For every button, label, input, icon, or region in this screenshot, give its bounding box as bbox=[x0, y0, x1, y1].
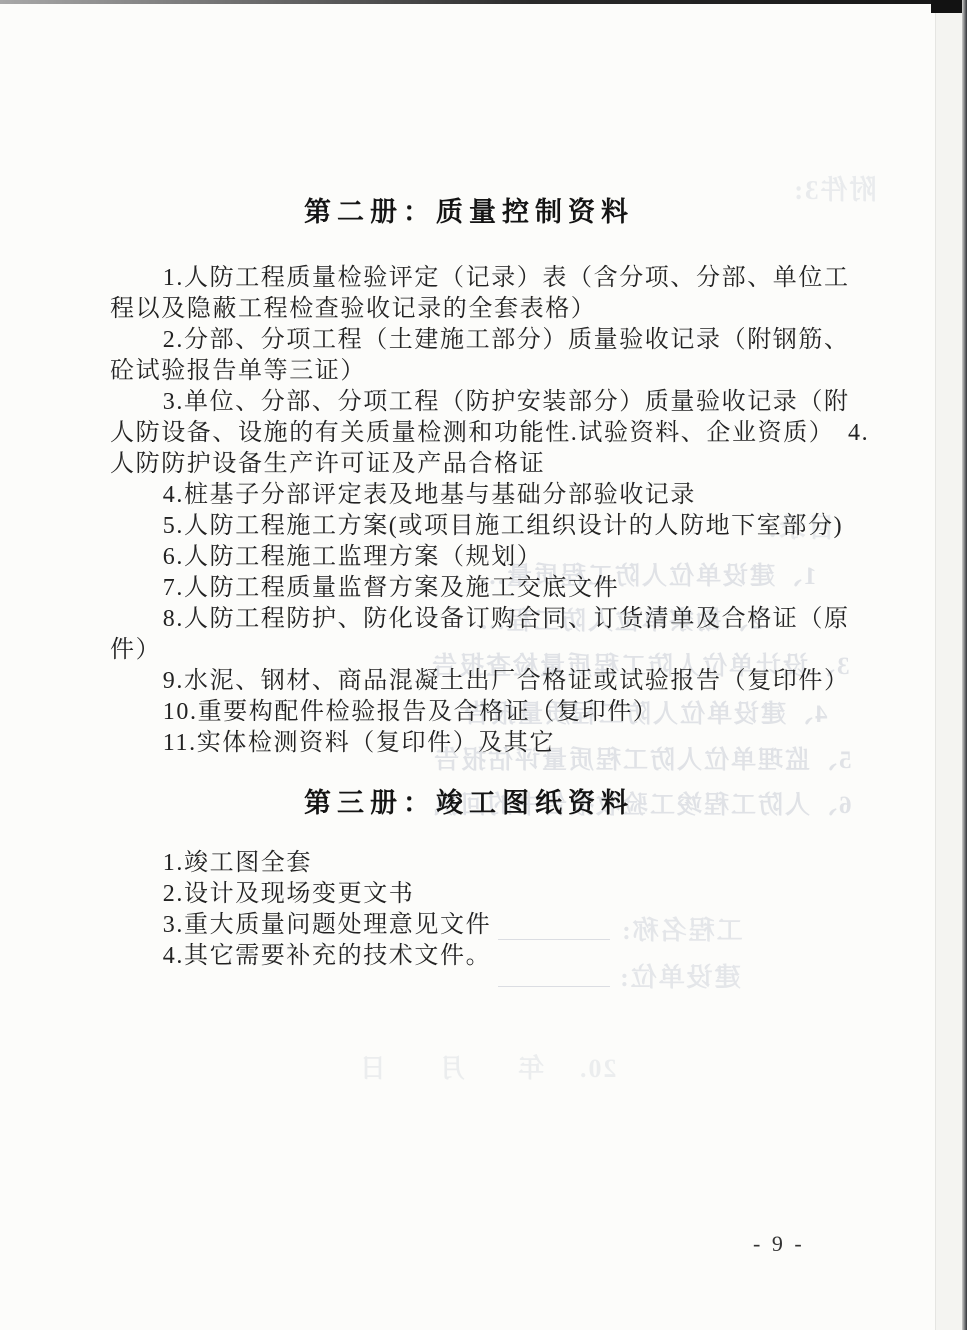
list-item: 3.单位、分部、分项工程（防护安装部分）质量验收记录（附人防设备、设施的有关质量… bbox=[110, 387, 872, 480]
list-item: 4.桩基子分部评定表及地基与基础分部验收记录 bbox=[110, 480, 872, 511]
page-number: - 9 - bbox=[753, 1231, 805, 1257]
list-item: 6.人防工程施工监理方案（规划） bbox=[110, 542, 872, 573]
list-item: 1.人防工程质量检验评定（记录）表（含分项、分部、单位工程以及隐蔽工程检查验收记… bbox=[110, 263, 872, 325]
paper-edge-line bbox=[935, 12, 936, 1330]
bleedthrough-underline bbox=[498, 986, 610, 987]
bleedthrough-date-line: 20. 年 月 日 bbox=[358, 1048, 617, 1085]
section-title-volume3: 第三册：竣工图纸资料 bbox=[88, 781, 850, 820]
list-item: 9.水泥、钢材、商品混凝土出厂合格证或试验报告（复印件） bbox=[110, 666, 872, 697]
list-item: 2.设计及现场变更文书 bbox=[110, 879, 872, 910]
list-item: 4.其它需要补充的技术文件。 bbox=[110, 941, 872, 972]
list-item: 3.重大质量问题处理意见文件 bbox=[110, 910, 872, 941]
scan-top-border bbox=[0, 0, 967, 4]
list-item: 8.人防工程防护、防化设备订购合同、订货清单及合格证（原件） bbox=[110, 604, 872, 666]
list-item: 7.人防工程质量监督方案及施工交底文件 bbox=[110, 573, 872, 604]
scanned-document-page: 附件3: 目录: 1、建设单位人防工程质量… 2、勘察单位人防工程… 3、设计单… bbox=[0, 0, 967, 1330]
list-item: 11.实体检测资料（复印件）及其它 bbox=[110, 728, 872, 759]
list-item: 5.人防工程施工方案(或项目施工组织设计的人防地下室部分) bbox=[110, 511, 872, 542]
paper-edge-shade bbox=[936, 12, 962, 1330]
list-item: 1.竣工图全套 bbox=[110, 848, 872, 879]
volume3-item-list: 1.竣工图全套 2.设计及现场变更文书 3.重大质量问题处理意见文件 4.其它需… bbox=[110, 848, 872, 972]
section-title-volume2: 第二册：质量控制资料 bbox=[88, 190, 850, 229]
volume2-item-list: 1.人防工程质量检验评定（记录）表（含分项、分部、单位工程以及隐蔽工程检查验收记… bbox=[110, 263, 872, 759]
page-content: 第二册：质量控制资料 1.人防工程质量检验评定（记录）表（含分项、分部、单位工程… bbox=[110, 190, 872, 972]
list-item: 2.分部、分项工程（土建施工部分）质量验收记录（附钢筋、砼试验报告单等三证） bbox=[110, 325, 872, 387]
scan-right-border bbox=[962, 0, 967, 1330]
list-item: 10.重要构配件检验报告及合格证（复印件） bbox=[110, 697, 872, 728]
